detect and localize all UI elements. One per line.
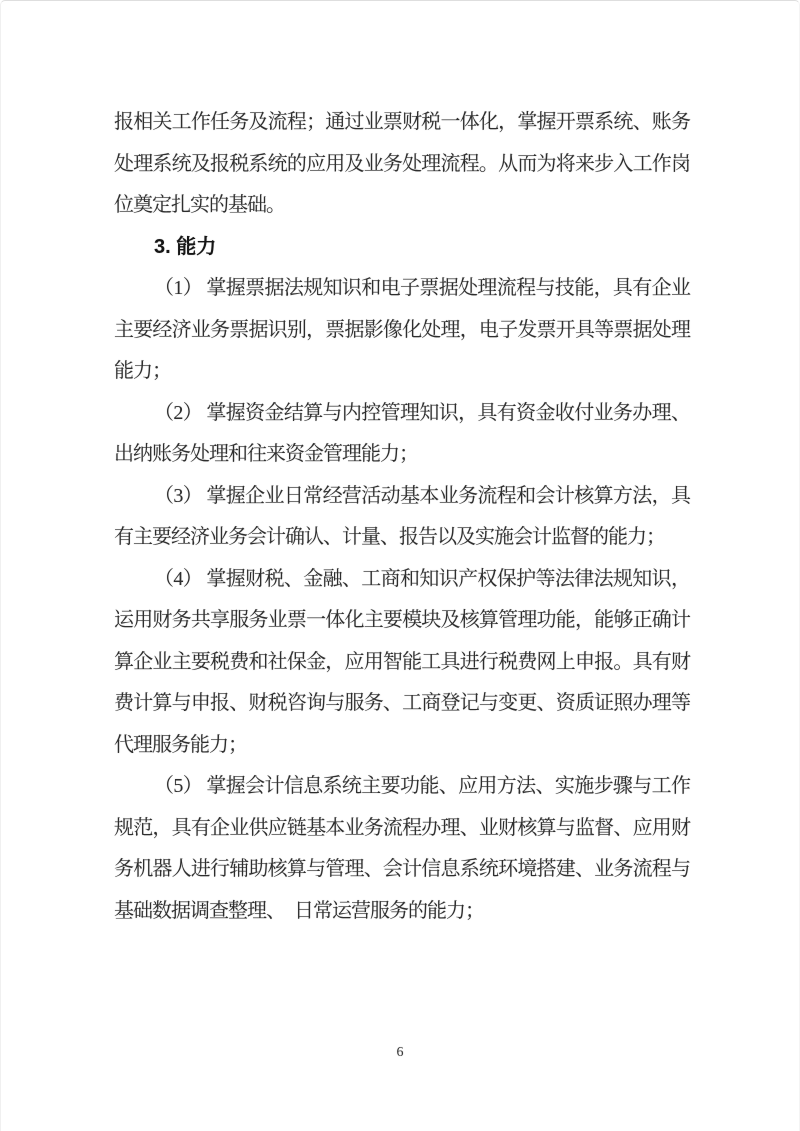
text-line: 有主要经济业务会计确认、计量、报告以及实施会计监督的能力；: [114, 517, 690, 559]
page-body-text: 报相关工作任务及流程；通过业票财税一体化，掌握开票系统、账务 处理系统及报税系统…: [114, 102, 690, 932]
text-line: 处理系统及报税系统的应用及业务处理流程。从而为将来步入工作岗: [114, 144, 690, 186]
page-number: 6: [1, 1045, 799, 1061]
text-line: 运用财务共享服务业票一体化主要模块及核算管理功能，能够正确计: [114, 600, 690, 642]
section-heading: 3. 能力: [114, 227, 690, 269]
text-line: 能力；: [114, 351, 690, 393]
text-line: （3） 掌握企业日常经营活动基本业务流程和会计核算方法，具: [114, 476, 690, 518]
text-line: 务机器人进行辅助核算与管理、会计信息系统环境搭建、业务流程与: [114, 849, 690, 891]
text-line: 代理服务能力；: [114, 725, 690, 767]
text-line: 算企业主要税费和社保金，应用智能工具进行税费网上申报。具有财: [114, 642, 690, 684]
text-line: 位奠定扎实的基础。: [114, 185, 690, 227]
text-line: （5） 掌握会计信息系统主要功能、应用方法、实施步骤与工作: [114, 766, 690, 808]
text-line: （2） 掌握资金结算与内控管理知识，具有资金收付业务办理、: [114, 393, 690, 435]
text-line: 费计算与申报、财税咨询与服务、工商登记与变更、资质证照办理等: [114, 683, 690, 725]
text-line: 主要经济业务票据识别，票据影像化处理，电子发票开具等票据处理: [114, 310, 690, 352]
text-line: （1） 掌握票据法规知识和电子票据处理流程与技能，具有企业: [114, 268, 690, 310]
text-line: 基础数据调查整理、 日常运营服务的能力；: [114, 891, 690, 933]
text-line: （4） 掌握财税、金融、工商和知识产权保护等法律法规知识，: [114, 559, 690, 601]
document-page: 报相关工作任务及流程；通过业票财税一体化，掌握开票系统、账务 处理系统及报税系统…: [0, 0, 800, 1131]
text-line: 出纳账务处理和往来资金管理能力；: [114, 434, 690, 476]
text-line: 规范，具有企业供应链基本业务流程办理、业财核算与监督、应用财: [114, 808, 690, 850]
text-line: 报相关工作任务及流程；通过业票财税一体化，掌握开票系统、账务: [114, 102, 690, 144]
